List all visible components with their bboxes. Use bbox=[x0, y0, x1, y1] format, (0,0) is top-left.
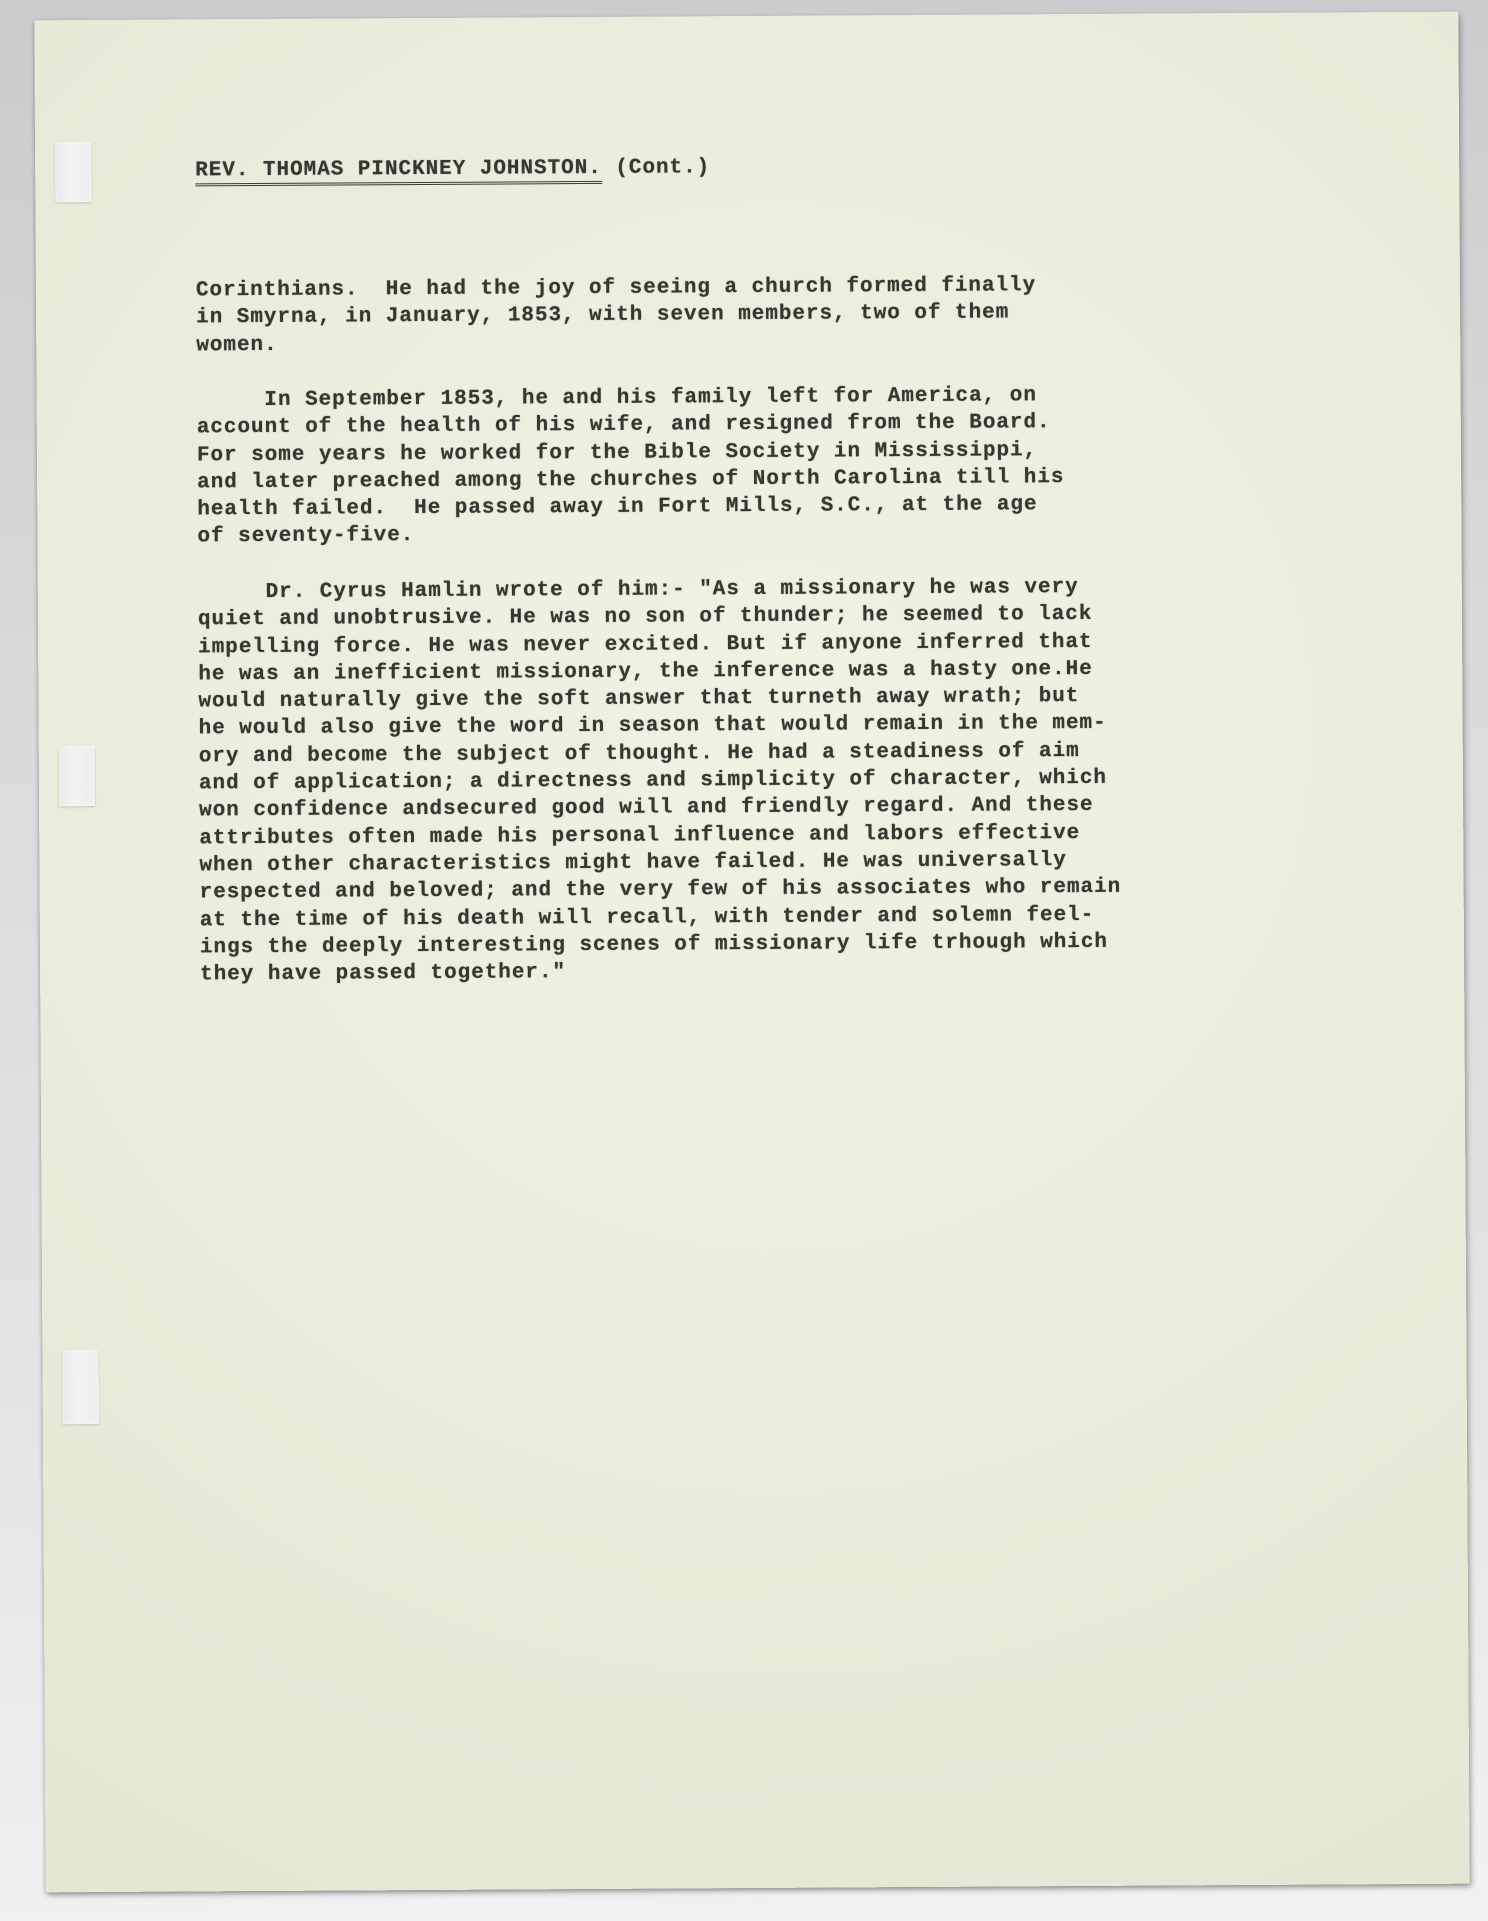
paragraph-hamlin-quote: Dr. Cyrus Hamlin wrote of him:- "As a mi… bbox=[198, 574, 1122, 989]
binding-tape-top bbox=[55, 142, 91, 202]
page-title-continuation: (Cont.) bbox=[602, 156, 711, 180]
page-title: REV. THOMAS PINCKNEY JOHNSTON. (Cont.) bbox=[195, 154, 710, 184]
binding-tape-bottom bbox=[62, 1350, 98, 1424]
paragraph-corinthians: Corinthians. He had the joy of seeing a … bbox=[196, 272, 1037, 359]
scanner-background: REV. THOMAS PINCKNEY JOHNSTON. (Cont.) C… bbox=[0, 0, 1488, 1921]
document-page: REV. THOMAS PINCKNEY JOHNSTON. (Cont.) C… bbox=[34, 12, 1469, 1893]
binding-tape-middle bbox=[59, 746, 95, 806]
paragraph-september-1853: In September 1853, he and his family lef… bbox=[197, 382, 1065, 551]
page-title-name: REV. THOMAS PINCKNEY JOHNSTON. bbox=[195, 157, 602, 186]
